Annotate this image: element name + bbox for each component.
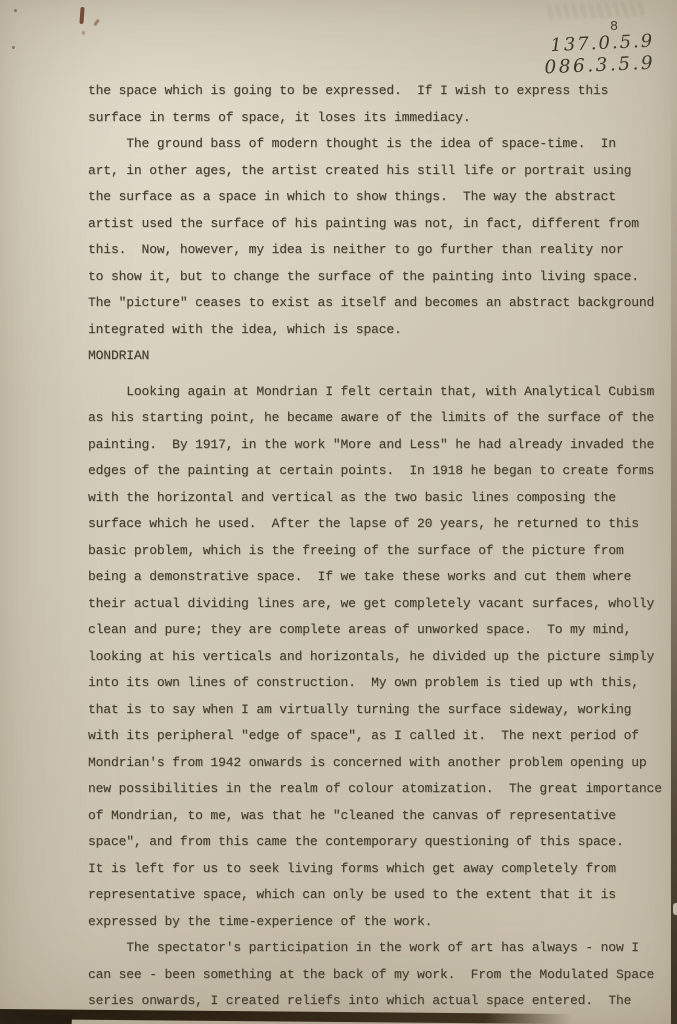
text-line: this. Now, however, my idea is neither t…: [88, 237, 674, 264]
red-ink-dot: [82, 31, 85, 35]
text-line: into its own lines of construction. My o…: [88, 670, 674, 697]
text-line: expressed by the time-experience of the …: [88, 909, 674, 936]
text-line: surface which he used. After the lapse o…: [88, 511, 674, 538]
section-heading: MONDRIAN: [88, 343, 674, 370]
text-line: It is left for us to seek living forms w…: [88, 856, 674, 883]
faint-erased-marking: [545, 1, 645, 19]
text-line: The ground bass of modern thought is the…: [88, 131, 674, 158]
text-line: surface in terms of space, it loses its …: [88, 105, 674, 132]
paper-right-edge-shadow: [671, 0, 677, 1024]
text-line: integrated with the idea, which is space…: [88, 317, 674, 344]
red-ink-tick: [93, 19, 99, 26]
text-line: Looking again at Mondrian I felt certain…: [88, 379, 674, 406]
text-line: clean and pure; they are complete areas …: [88, 617, 674, 644]
typescript-page: 8 137.0.5.9 086.3.5.9 the space which is…: [0, 0, 677, 1024]
text-line: new possibilities in the realm of colour…: [88, 776, 674, 803]
document-body: the space which is going to be expressed…: [88, 78, 674, 1015]
text-line: as his starting point, he became aware o…: [88, 405, 674, 432]
text-line: can see - been something at the back of …: [88, 962, 674, 989]
text-line: space", and from this came the contempor…: [88, 829, 674, 856]
paper-right-edge-notch: [673, 903, 677, 915]
text-line: painting. By 1917, in the work "More and…: [88, 432, 674, 459]
text-line: representative space, which can only be …: [88, 882, 674, 909]
text-line: The spectator's participation in the wor…: [88, 935, 674, 962]
handwritten-ref-2: 086.3.5.9: [544, 53, 656, 79]
text-line: art, in other ages, the artist created h…: [88, 158, 674, 185]
paragraph: Looking again at Mondrian I felt certain…: [88, 379, 674, 936]
text-line: the space which is going to be expressed…: [88, 78, 674, 105]
text-line: looking at his verticals and horizontals…: [88, 644, 674, 671]
text-line: The "picture" ceases to exist as itself …: [88, 290, 674, 317]
text-line: MONDRIAN: [88, 343, 674, 370]
text-line: being a demonstrative space. If we take …: [88, 564, 674, 591]
handwritten-reference-numbers: 137.0.5.9 086.3.5.9: [543, 31, 656, 79]
paragraph: the space which is going to be expressed…: [88, 78, 674, 131]
text-line: the surface as a space in which to show …: [88, 184, 674, 211]
text-line: their actual dividing lines are, we get …: [88, 591, 674, 618]
paragraph: The spectator's participation in the wor…: [88, 935, 674, 1015]
text-line: Mondrian's from 1942 onwards is concerne…: [88, 750, 674, 777]
red-ink-mark: [79, 7, 84, 24]
text-line: to show it, but to change the surface of…: [88, 264, 674, 291]
text-line: with its peripheral "edge of space", as …: [88, 723, 674, 750]
text-line: basic problem, which is the freeing of t…: [88, 538, 674, 565]
paper-speck: [12, 46, 15, 49]
text-line: edges of the painting at certain points.…: [88, 458, 674, 485]
text-line: of Mondrian, to me, was that he "cleaned…: [88, 803, 674, 830]
text-line: artist used the surface of his painting …: [88, 211, 674, 238]
paragraph: The ground bass of modern thought is the…: [88, 131, 674, 343]
text-line: with the horizontal and vertical as the …: [88, 485, 674, 512]
paper-bottom-corner-shadow: [0, 1013, 72, 1024]
paper-speck: [14, 9, 17, 12]
text-line: that is to say when I am virtually turni…: [88, 697, 674, 724]
